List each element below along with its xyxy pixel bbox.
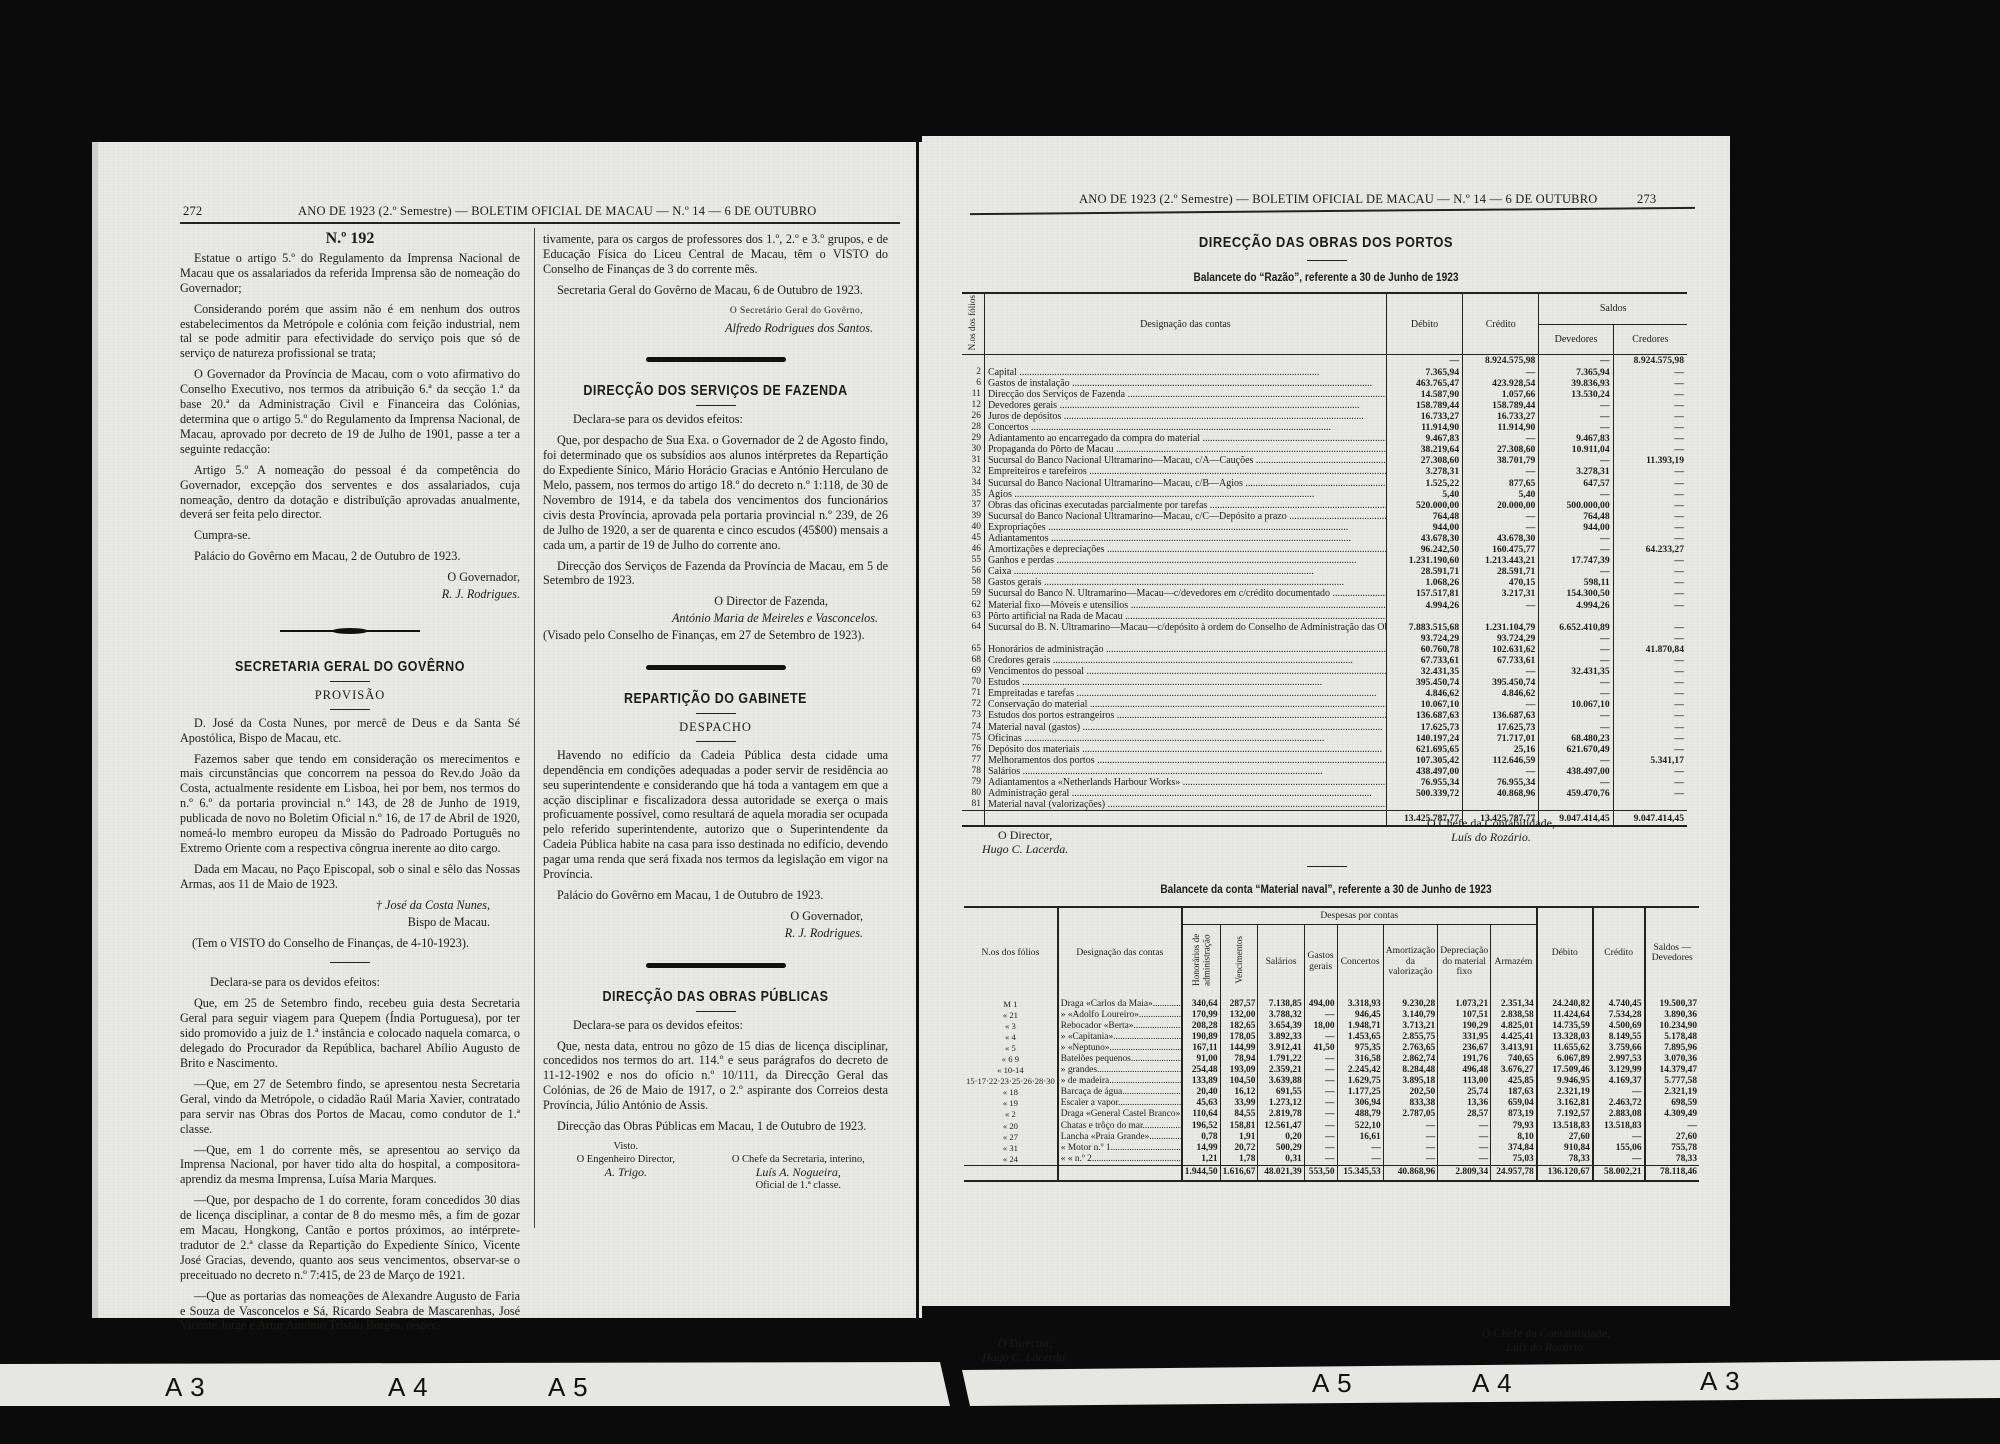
credito-cell: — [1463, 433, 1539, 444]
credito-cell: — [1463, 367, 1539, 378]
header-rule [180, 222, 900, 224]
devedores-cell: — [1539, 755, 1613, 766]
signature-title: O Director, [982, 1336, 1068, 1350]
table-row: 58Gastos gerais ........................… [962, 577, 1687, 588]
debito-cell: 107.305,42 [1386, 755, 1462, 766]
amortizacao-cell: 8.284,48 [1383, 1065, 1438, 1076]
salarios-cell: 3.788,32 [1258, 1010, 1304, 1021]
date-line: Direcção das Obras Públicas em Macau, 1 … [543, 1119, 888, 1134]
devedores-cell: 7.365,94 [1539, 367, 1613, 378]
salarios-cell: 0,20 [1258, 1132, 1304, 1143]
table-row: 62Material fixo—Móveis e utensílios ....… [962, 600, 1687, 611]
honorarios-cell: 254,48 [1182, 1065, 1220, 1076]
table-row: 69Vencimentos do pessoal ...............… [962, 666, 1687, 677]
salarios-cell: 2.819,78 [1258, 1109, 1304, 1120]
signature-title: O Secretário Geral do Govêrno, [543, 304, 863, 319]
devedores-cell: 6.652.410,89 [1539, 622, 1613, 633]
concertos-cell: 488,79 [1337, 1109, 1383, 1120]
armazem-cell: 187,63 [1491, 1087, 1537, 1098]
debito-cell: 11.914,90 [1386, 422, 1462, 433]
table-row: 73Estudos dos portos estrangeiros ......… [962, 710, 1687, 721]
section-title-obras-portos: DIRECÇÃO DAS OBRAS DOS PORTOS [979, 234, 1674, 251]
honorarios-cell: 14,99 [1182, 1143, 1220, 1154]
account-name-cell: Barcaça de água.........................… [1058, 1087, 1182, 1098]
paragraph: Que, por despacho de Sua Exa. o Governad… [543, 433, 888, 552]
credores-cell: 41.870,84 [1613, 644, 1687, 655]
account-name-cell: Empreiteiros e tarefeiros ..............… [984, 466, 1386, 477]
vencimentos-cell: 20,72 [1220, 1143, 1258, 1154]
debito-cell: 3.278,31 [1386, 466, 1462, 477]
saldos-cell: 78,33 [1645, 1154, 1699, 1166]
page-number-right: 273 [1637, 192, 1656, 207]
concertos-cell: 975,35 [1337, 1043, 1383, 1054]
gastos-cell: 494,00 [1304, 999, 1337, 1010]
account-name-cell: » «Neptuno».............................… [1058, 1043, 1182, 1054]
salarios-cell: 7.138,85 [1258, 999, 1304, 1010]
header-rule [970, 207, 1695, 215]
gastos-cell: 41,50 [1304, 1043, 1337, 1054]
date-line: Direcção dos Serviços de Fazenda da Prov… [543, 559, 888, 589]
devedores-cell: — [1539, 777, 1613, 788]
honorarios-cell: 133,89 [1182, 1076, 1220, 1087]
devedores-cell: — [1539, 644, 1613, 655]
col-header-depreciacao: Depreciação do material fixo [1438, 925, 1491, 999]
account-name-cell: Adiantamento ao encarregado da compra do… [984, 433, 1386, 444]
debito-cell: 28.591,71 [1386, 566, 1462, 577]
account-name-cell: Sucursal do Banco Nacional Ultramarino—M… [984, 511, 1386, 522]
col-header-armazem: Armazém [1491, 925, 1537, 999]
table-row: « 2Draga «General Castel Branco»........… [964, 1109, 1699, 1120]
short-rule [1307, 866, 1347, 867]
table-row: 65Honorários de administração ..........… [962, 644, 1687, 655]
page-number-left: 272 [183, 204, 202, 219]
account-name-cell: Draga «Carlos da Maia»..................… [1058, 999, 1182, 1010]
amortizacao-cell: — [1383, 1154, 1438, 1166]
folio-cell: 78 [962, 766, 984, 777]
folio-cell: 69 [962, 666, 984, 677]
section-title-secretaria: SECRETARIA GERAL DO GOVÊRNO [204, 660, 496, 675]
concertos-cell: 306,94 [1337, 1098, 1383, 1109]
account-name-cell: Ágios ..................................… [984, 489, 1386, 500]
debito-cell: 140.197,24 [1386, 733, 1462, 744]
account-name-cell: Escaler a vapor.........................… [1058, 1098, 1182, 1109]
account-name-cell: Melhoramentos dos portos ...............… [984, 755, 1386, 766]
credito-cell: — [1463, 766, 1539, 777]
table-row: 12Devedores gerais .....................… [962, 400, 1687, 411]
folio-cell: « 31 [964, 1143, 1058, 1154]
total-amortizacao: 40.868,96 [1383, 1165, 1438, 1181]
debito-cell: 24.240,82 [1537, 999, 1593, 1010]
table-row: « 4» «Capitania»........................… [964, 1032, 1699, 1043]
account-name-cell: Oficinas ...............................… [984, 733, 1386, 744]
folio-cell: 70 [962, 677, 984, 688]
depreciacao-cell: — [1438, 1143, 1491, 1154]
credito-cell: 4.740,45 [1593, 999, 1645, 1010]
credito-cell: 17.625,73 [1463, 722, 1539, 733]
devedores-cell: 598,11 [1539, 577, 1613, 588]
folio-cell: « 5 [964, 1043, 1058, 1054]
table-row: 93.724,2993.724,29—— [962, 633, 1687, 644]
depreciacao-cell: 191,76 [1438, 1054, 1491, 1065]
salarios-cell: 1.791,22 [1258, 1054, 1304, 1065]
account-name-cell: Juros de depósitos .....................… [984, 411, 1386, 422]
credito-cell: 470,15 [1463, 577, 1539, 588]
paragraph: Estatue o artigo 5.º do Regulamento da I… [180, 251, 520, 296]
folio-cell: 28 [962, 422, 984, 433]
gastos-cell: — [1304, 1121, 1337, 1132]
folio-cell: 12 [962, 400, 984, 411]
paragraph: Considerando porém que assim não é em ne… [180, 302, 520, 362]
col-header-credito: Crédito [1593, 907, 1645, 999]
debito-cell: 13.518,83 [1537, 1121, 1593, 1132]
folio-cell: 34 [962, 478, 984, 489]
devedores-cell: 459.470,76 [1539, 788, 1613, 799]
table-row: 68Credores gerais ......................… [962, 655, 1687, 666]
debito-cell: 76.955,34 [1386, 777, 1462, 788]
account-name-cell: Obras das oficinas executadas parcialmen… [984, 500, 1386, 511]
table-row: 80Administração geral ..................… [962, 788, 1687, 799]
folio-cell: « 27 [964, 1132, 1058, 1143]
table-row: 31Sucursal do Banco Nacional Ultramarino… [962, 455, 1687, 466]
table-row: 15·17·22·23·25·26·28·30» de madeira.....… [964, 1076, 1699, 1087]
armazem-cell: 659,04 [1491, 1098, 1537, 1109]
signature-name: R. J. Rodrigues. [543, 926, 863, 941]
table-row: « 19Escaler a vapor.....................… [964, 1098, 1699, 1109]
devedores-cell: — [1539, 422, 1613, 433]
saldos-cell: 7.895,96 [1645, 1043, 1699, 1054]
table-row: 76Depósito dos materiais ...............… [962, 744, 1687, 755]
total-vencimentos: 1.616,67 [1220, 1165, 1258, 1181]
short-rule [696, 713, 736, 714]
account-name-cell: Credores gerais ........................… [984, 655, 1386, 666]
gastos-cell: — [1304, 1076, 1337, 1087]
credores-cell: — [1613, 533, 1687, 544]
table-row: 34Sucursal do Banco Nacional Ultramarino… [962, 478, 1687, 489]
folio-cell: 2 [962, 367, 984, 378]
debito-cell: 438.497,00 [1386, 766, 1462, 777]
thick-divider [646, 963, 786, 968]
account-name-cell: Propaganda do Pôrto de Macau ...........… [984, 444, 1386, 455]
table-row: 29Adiantamento ao encarregado da compra … [962, 433, 1687, 444]
credores-cell: — [1613, 378, 1687, 389]
folio-cell: 81 [962, 799, 984, 811]
account-name-cell: Estudos dos portos estrangeiros ........… [984, 710, 1386, 721]
devedores-cell: 13.530,24 [1539, 389, 1613, 400]
page-gutter [916, 140, 919, 1320]
paragraph: —Que, por despacho de 1 do corrente, for… [180, 1193, 520, 1282]
folio-cell: 45 [962, 533, 984, 544]
folio-cell: 11 [962, 389, 984, 400]
col-header-devedores: Devedores [1539, 325, 1613, 355]
signature-title: Bispo de Macau. [180, 915, 490, 930]
gastos-cell: — [1304, 1065, 1337, 1076]
folio-cell: M 1 [964, 999, 1058, 1010]
salarios-cell: 3.654,39 [1258, 1021, 1304, 1032]
account-name-cell: » grandes...............................… [1058, 1065, 1182, 1076]
honorarios-cell: 0,78 [1182, 1132, 1220, 1143]
depreciacao-cell: — [1438, 1121, 1491, 1132]
debito-cell: 3.162,81 [1537, 1098, 1593, 1109]
credores-cell: 11.393,19 [1613, 455, 1687, 466]
left-column-1: N.º 192 Estatue o artigo 5.º do Regulame… [180, 232, 520, 1339]
credito-cell: 423.928,54 [1463, 378, 1539, 389]
table-row: 71Empreitadas e tarefas ................… [962, 688, 1687, 699]
visto-label: Visto. [543, 1140, 709, 1153]
credito-cell: — [1593, 1132, 1645, 1143]
account-name-cell: Capital ................................… [984, 367, 1386, 378]
credito-cell: 160.475,77 [1463, 544, 1539, 555]
devedores-cell: 39.836,93 [1539, 378, 1613, 389]
folio-cell: 55 [962, 555, 984, 566]
folio-cell: 56 [962, 566, 984, 577]
devedores-cell: — [1539, 633, 1613, 644]
devedores-cell: 647,57 [1539, 478, 1613, 489]
devedores-cell: — [1539, 411, 1613, 422]
account-name-cell: » «Capitania»...........................… [1058, 1032, 1182, 1043]
table2-signature-left: O Director, Hugo C. Lacerda. [982, 1336, 1068, 1364]
credores-cell: — [1613, 744, 1687, 755]
account-name-cell: Amortizações e depreciações ............… [984, 544, 1386, 555]
depreciacao-cell: 236,67 [1438, 1043, 1491, 1054]
declara-intro: Declara-se para os devidos efeitos: [543, 412, 888, 427]
debito-cell: 9.467,83 [1386, 433, 1462, 444]
devedores-cell: 9.467,83 [1539, 433, 1613, 444]
totals-row: 1.944,50 1.616,67 48.021,39 553,50 15.34… [964, 1165, 1699, 1181]
account-name-cell: Empreitadas e tarefas ..................… [984, 688, 1386, 699]
folio-cell: « 24 [964, 1154, 1058, 1166]
account-name-cell: Rebocador «Berta».......................… [1058, 1021, 1182, 1032]
account-name-cell: Batelões pequenos.......................… [1058, 1054, 1182, 1065]
armazem-cell: 79,93 [1491, 1121, 1537, 1132]
total-depreciacao: 2.809,34 [1438, 1165, 1491, 1181]
credores-cell: — [1613, 710, 1687, 721]
credito-cell: 4.500,69 [1593, 1021, 1645, 1032]
honorarios-cell: 170,99 [1182, 1010, 1220, 1021]
table-row: « 5» «Neptuno»..........................… [964, 1043, 1699, 1054]
subsection-title-despacho: DESPACHO [543, 720, 888, 735]
total-credores: 9.047.414,45 [1613, 811, 1687, 827]
credito-cell: — [1463, 666, 1539, 677]
thick-divider [646, 357, 786, 362]
amortizacao-cell: — [1383, 1143, 1438, 1154]
paragraph: —Que, em 27 de Setembro findo, se aprese… [180, 1077, 520, 1137]
signature-title: O Governador, [180, 570, 520, 585]
col-header-concertos: Concertos [1337, 925, 1383, 999]
saldos-cell: 4.309,49 [1645, 1109, 1699, 1120]
folio-cell: 73 [962, 710, 984, 721]
depreciacao-cell: 496,48 [1438, 1065, 1491, 1076]
credito-cell: 158.789,44 [1463, 400, 1539, 411]
debito-cell: 9.946,95 [1537, 1076, 1593, 1087]
paragraph: Dada em Macau, no Paço Episcopal, sob o … [180, 862, 520, 892]
concertos-cell: 1.177,25 [1337, 1087, 1383, 1098]
table-row: 30Propaganda do Pôrto de Macau .........… [962, 444, 1687, 455]
vencimentos-cell: 287,57 [1220, 999, 1258, 1010]
debito-cell: 14.587,90 [1386, 389, 1462, 400]
vencimentos-cell: 132,00 [1220, 1010, 1258, 1021]
account-name-cell: Chatas e trôço do mar...................… [1058, 1121, 1182, 1132]
signature-rank: Oficial de 1.ª classe. [709, 1179, 888, 1192]
saldos-cell: — [1645, 1121, 1699, 1132]
folio-cell [962, 355, 984, 367]
credores-cell: — [1613, 733, 1687, 744]
credores-cell: — [1613, 489, 1687, 500]
credito-cell: 93.724,29 [1463, 633, 1539, 644]
credores-cell: — [1613, 677, 1687, 688]
account-name-cell: Direcção dos Serviços de Fazenda .......… [984, 389, 1386, 400]
concertos-cell: 1.948,71 [1337, 1021, 1383, 1032]
folio-cell: « 3 [964, 1021, 1058, 1032]
credito-cell: — [1593, 1087, 1645, 1098]
folio-cell: « 4 [964, 1032, 1058, 1043]
debito-cell: 1.068,26 [1386, 577, 1462, 588]
debito-cell [1386, 611, 1462, 622]
depreciacao-cell: — [1438, 1132, 1491, 1143]
right-page: ANO DE 1923 (2.º Semestre) — BOLETIM OFI… [922, 136, 1730, 1306]
gastos-cell: — [1304, 1098, 1337, 1109]
signature-name: Luís do Rozário. [1482, 1340, 1610, 1354]
gastos-cell: — [1304, 1010, 1337, 1021]
debito-cell: 27,60 [1537, 1132, 1593, 1143]
account-name-cell: Pôrto artificial na Rada de Macau ......… [984, 611, 1386, 622]
col-header-designacao: Designação das contas [984, 293, 1386, 355]
short-rule [696, 405, 736, 406]
account-name-cell: Honorários de administração ............… [984, 644, 1386, 655]
debito-cell: 1.231.190,60 [1386, 555, 1462, 566]
account-name-cell: Sucursal do Banco Nacional Ultramarino—M… [984, 455, 1386, 466]
totals-row: 13.425.787,77 13.425.787,77 9.047.414,45… [962, 811, 1687, 827]
debito-cell: 78,33 [1537, 1154, 1593, 1166]
debito-cell: 16.733,27 [1386, 411, 1462, 422]
signature-name: † José da Costa Nunes, [180, 898, 490, 913]
salarios-cell: 2.359,21 [1258, 1065, 1304, 1076]
salarios-cell: 3.639,88 [1258, 1076, 1304, 1087]
table-row: « 6 9Batelões pequenos..................… [964, 1054, 1699, 1065]
folio-cell: 80 [962, 788, 984, 799]
debito-cell: 93.724,29 [1386, 633, 1462, 644]
signature-title: O Director de Fazenda, [543, 594, 828, 609]
paragraph: Palácio do Govêrno em Macau, 2 de Outubr… [180, 549, 520, 564]
account-name-cell: Sucursal do B. N. Ultramarino—Macau—c/de… [984, 622, 1386, 633]
folio-cell: 37 [962, 500, 984, 511]
credito-cell: 28.591,71 [1463, 566, 1539, 577]
table-row: « 31« Motor n.º 1.......................… [964, 1143, 1699, 1154]
frame-mark: A 4 [388, 1372, 429, 1403]
debito-cell: 7.883.515,68 [1386, 622, 1462, 633]
col-header-honorarios: Honorários de administração [1182, 925, 1220, 999]
depreciacao-cell: 107,51 [1438, 1010, 1491, 1021]
frame-mark: A 5 [548, 1372, 589, 1403]
signature-left: Visto. O Engenheiro Director, A. Trigo. [543, 1140, 709, 1192]
folio-cell: 31 [962, 455, 984, 466]
depreciacao-cell: 1.073,21 [1438, 999, 1491, 1010]
credores-cell: 8.924.575,98 [1613, 355, 1687, 367]
concertos-cell: 522,10 [1337, 1121, 1383, 1132]
folio-cell: 76 [962, 744, 984, 755]
col-header-vencimentos: Vencimentos [1220, 925, 1258, 999]
signature-title: O Director, [982, 828, 1068, 842]
credores-cell: — [1613, 511, 1687, 522]
credito-cell: 3.217,31 [1463, 588, 1539, 599]
folio-cell: 15·17·22·23·25·26·28·30 [964, 1076, 1058, 1087]
account-name-cell: » «Adolfo Loureiro».....................… [1058, 1010, 1182, 1021]
credito-cell: — [1593, 1154, 1645, 1166]
table-row: —8.924.575,98—8.924.575,98 [962, 355, 1687, 367]
col-header-salarios: Salários [1258, 925, 1304, 999]
debito-cell: 96.242,50 [1386, 544, 1462, 555]
account-name-cell: « Motor n.º 1...........................… [1058, 1143, 1182, 1154]
col-header-saldos: Saldos [1539, 293, 1687, 325]
devedores-cell: — [1539, 544, 1613, 555]
folio-cell [962, 633, 984, 644]
concertos-cell: 2.245,42 [1337, 1065, 1383, 1076]
folio-cell: 30 [962, 444, 984, 455]
folio-cell: 79 [962, 777, 984, 788]
debito-cell: 60.760,78 [1386, 644, 1462, 655]
debito-cell: 6.067,89 [1537, 1054, 1593, 1065]
col-header-credito: Crédito [1463, 293, 1539, 355]
table-row: 6Gastos de instalação ..................… [962, 378, 1687, 389]
subsection-title-provisao: PROVISÃO [180, 688, 520, 703]
credores-cell: — [1613, 522, 1687, 533]
declara-intro: Declara-se para os devidos efeitos: [180, 975, 520, 990]
credores-cell: — [1613, 389, 1687, 400]
folio-cell: 59 [962, 588, 984, 599]
devedores-cell: 4.994,26 [1539, 600, 1613, 611]
concertos-cell: 1.453,65 [1337, 1032, 1383, 1043]
credito-cell: 71.717,01 [1463, 733, 1539, 744]
folio-cell: 6 [962, 378, 984, 389]
credores-cell: — [1613, 411, 1687, 422]
credito-cell: 136.687,63 [1463, 710, 1539, 721]
vencimentos-cell: 78,94 [1220, 1054, 1258, 1065]
table-row: 63Pôrto artificial na Rada de Macau ....… [962, 611, 1687, 622]
credito-cell: 38.701,79 [1463, 455, 1539, 466]
depreciacao-cell: 190,29 [1438, 1021, 1491, 1032]
signature-name: R. J. Rodrigues. [180, 587, 520, 602]
salarios-cell: 0,31 [1258, 1154, 1304, 1166]
account-name-cell: Devedores gerais .......................… [984, 400, 1386, 411]
debito-cell: 17.625,73 [1386, 722, 1462, 733]
salarios-cell: 12.561,47 [1258, 1121, 1304, 1132]
table-row: 74Material naval (gastos) ..............… [962, 722, 1687, 733]
account-name-cell: « « n.º 2...............................… [1058, 1154, 1182, 1166]
devedores-cell: 500.000,00 [1539, 500, 1613, 511]
honorarios-cell: 208,28 [1182, 1021, 1220, 1032]
credito-cell: 25,16 [1463, 744, 1539, 755]
table2-caption: Balancete da conta “Material naval”, ref… [970, 884, 1681, 896]
folio-cell: 77 [962, 755, 984, 766]
credito-cell: — [1463, 511, 1539, 522]
credores-cell: 64.233,27 [1613, 544, 1687, 555]
folio-cell: « 21 [964, 1010, 1058, 1021]
declara-intro: Declara-se para os devidos efeitos: [543, 1018, 888, 1033]
debito-cell: 621.695,65 [1386, 744, 1462, 755]
table-row: « 18Barcaça de água.....................… [964, 1087, 1699, 1098]
col-header-despesas: Despesas por contas [1182, 907, 1537, 925]
depreciacao-cell: 28,57 [1438, 1109, 1491, 1120]
gastos-cell: — [1304, 1132, 1337, 1143]
credito-cell: 102.631,62 [1463, 644, 1539, 655]
credores-cell: — [1613, 699, 1687, 710]
total-gastos: 553,50 [1304, 1165, 1337, 1181]
section-title-fazenda: DIRECÇÃO DOS SERVIÇOS DE FAZENDA [567, 384, 864, 399]
frame-mark: A 4 [1472, 1368, 1513, 1399]
folio-cell: 75 [962, 733, 984, 744]
short-rule [696, 741, 736, 742]
table-row: 11Direcção dos Serviços de Fazenda .....… [962, 389, 1687, 400]
devedores-cell: — [1539, 400, 1613, 411]
